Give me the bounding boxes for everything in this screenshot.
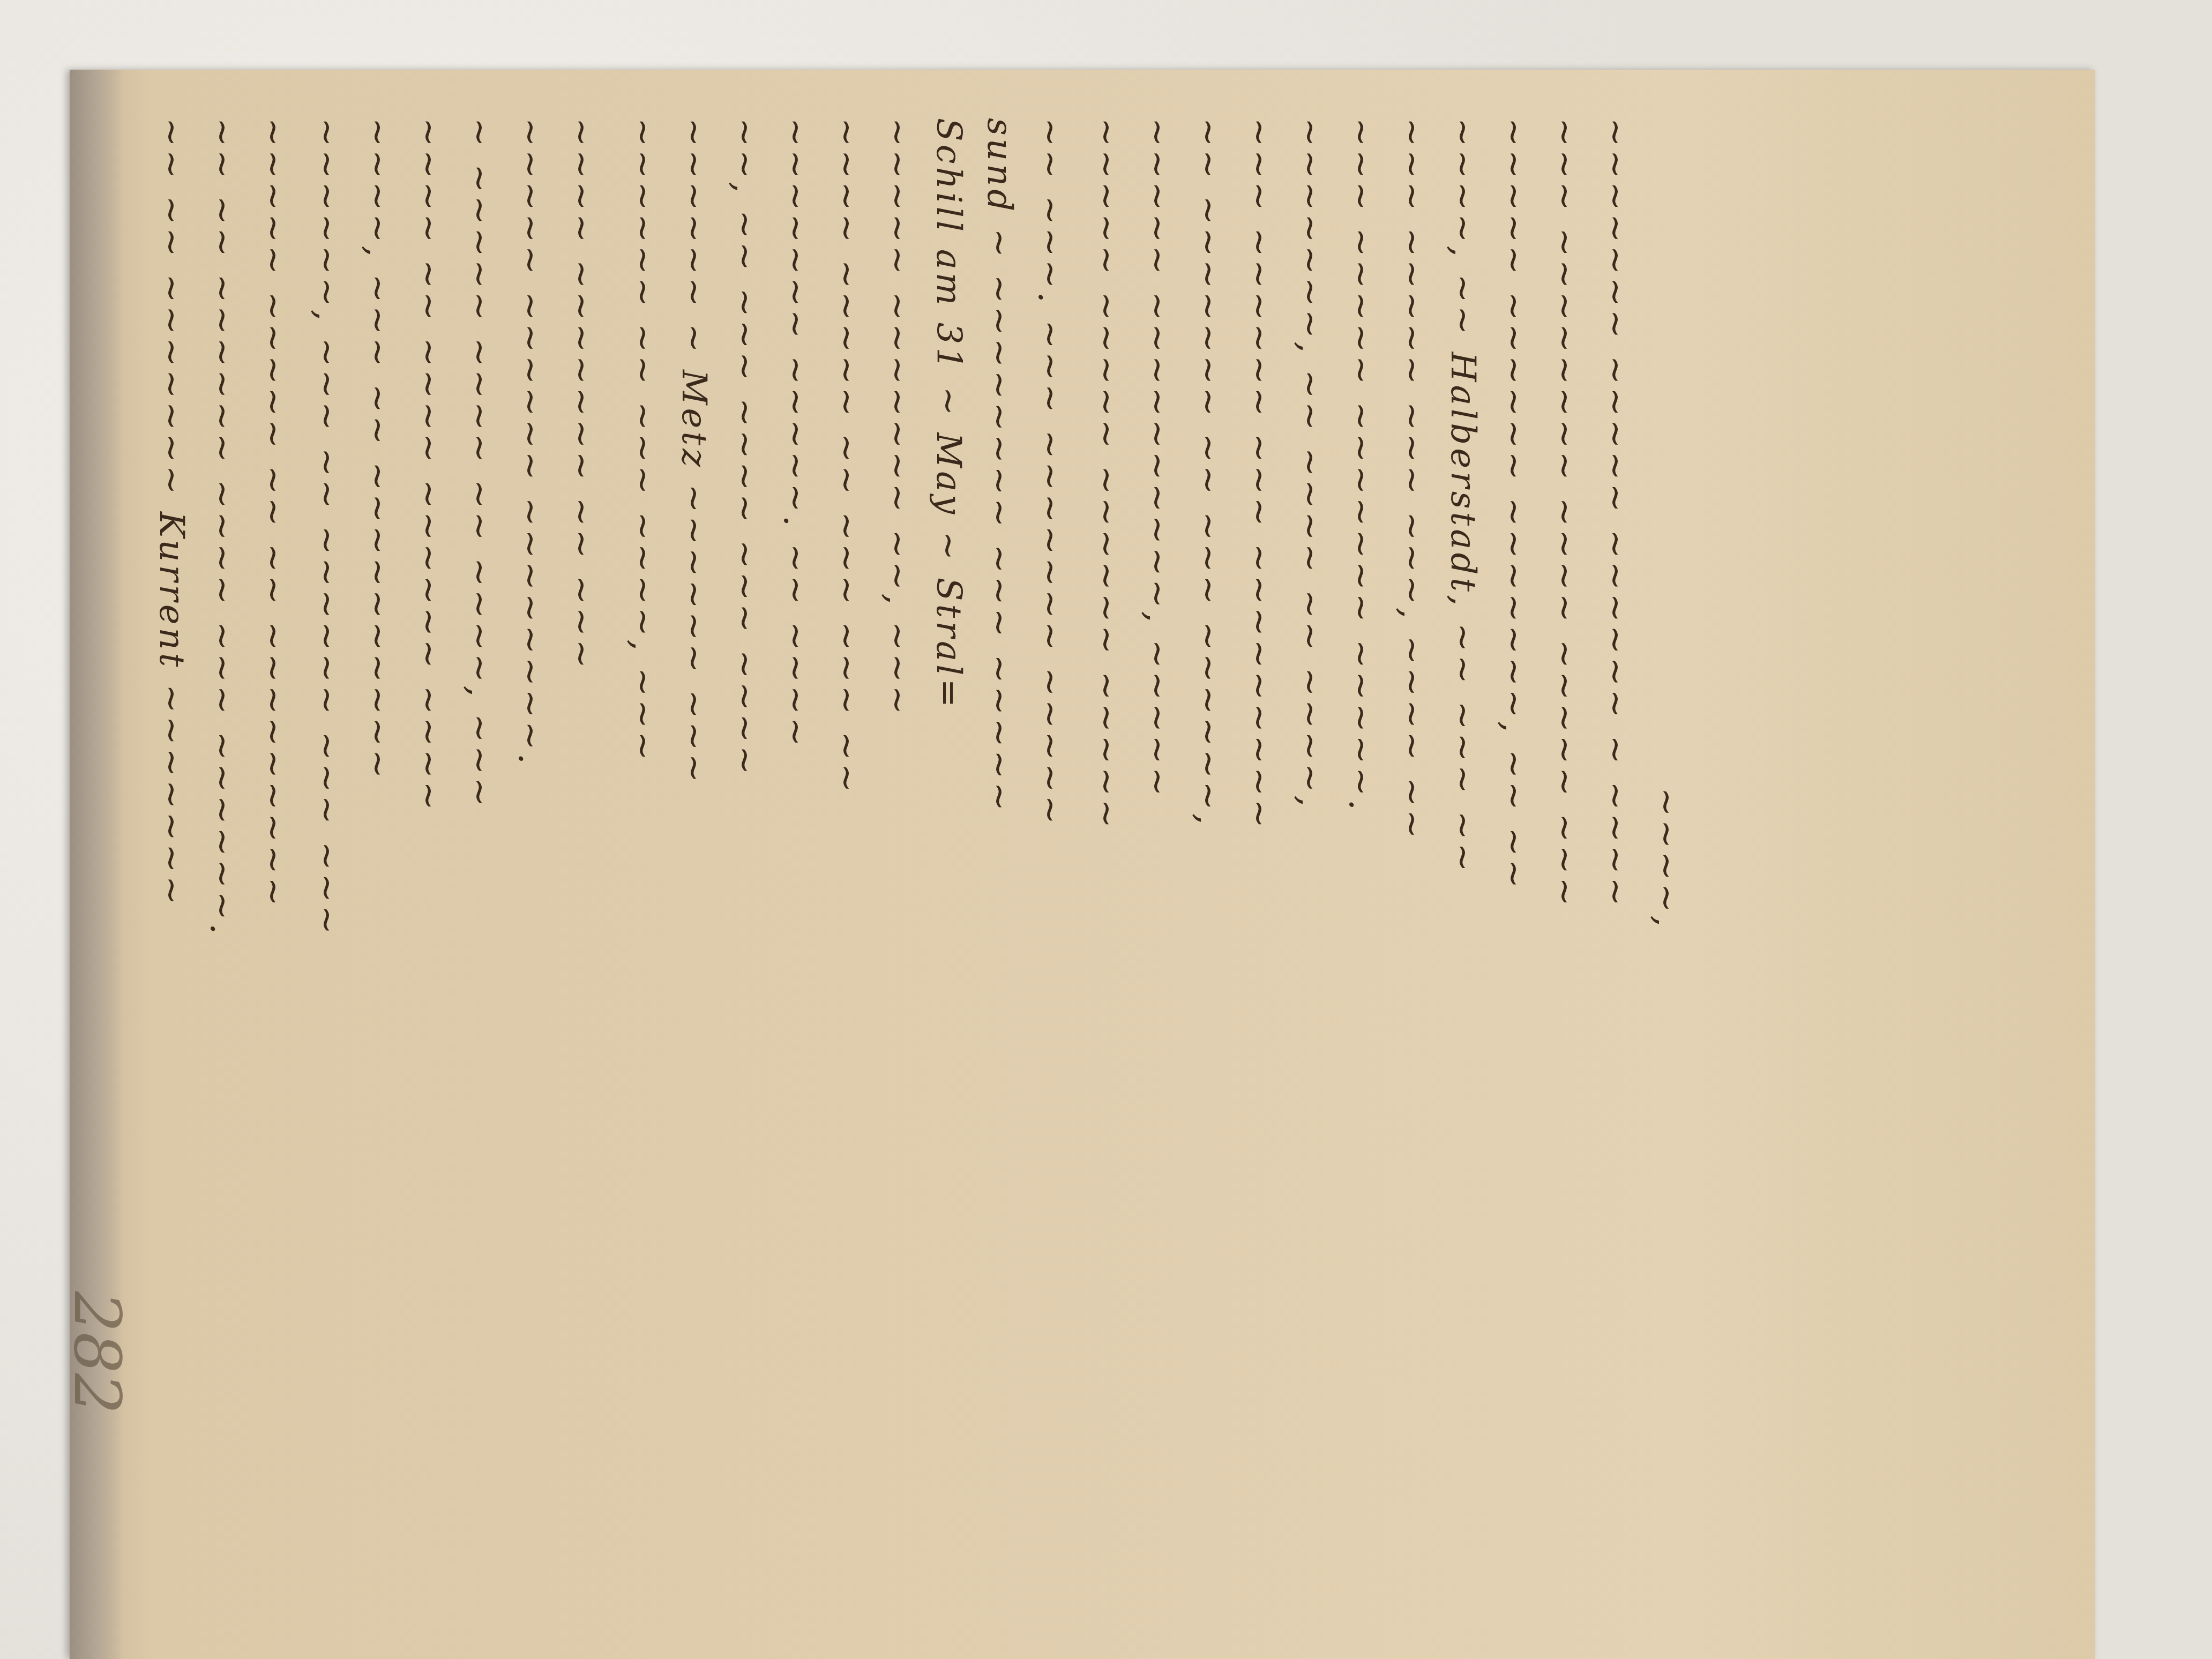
text-line: ~~~ ~~~~~~~~ ~~~~ ~~~~~ ~~~: [1543, 118, 1586, 948]
text-line: ~ ~~~~~ ~~~~ ~~ ~~~~, ~~~: [458, 118, 501, 948]
text-line-content: ~~~~,: [1645, 788, 1688, 930]
text-line-content: ~~ ~~ ~~~~~~~ Kurrent ~~~~~~~: [150, 118, 193, 908]
text-line: Schill am 31 ~ May ~ Stral=: [927, 118, 970, 948]
text-line: sund ~ ~~~~~~~~ ~~~ ~~~~~: [978, 118, 1021, 948]
text-line-content: ~~~~~~ ~ Metz ~~~~~~ ~~~: [672, 118, 715, 786]
text-line: ~~~~~~, ~~~ ~~ ~~~~~~ ~~~ ~~~: [305, 118, 348, 948]
text-line-content: ~~~ ~~~~~~ ~~~ ~~~~~~~~~: [1238, 118, 1281, 831]
text-line-content: sund ~ ~~~~~~~~ ~~~ ~~~~~: [978, 118, 1021, 814]
text-line-content: ~~~~ ~~ ~~~~ ~~~~~~ ~~~~: [407, 118, 450, 813]
text-line-content: ~~ ~~~. ~~~ ~~~~~~~ ~~~~~: [1029, 118, 1072, 827]
text-line-content: ~~~ ~~~~~ ~~~~~~~ ~~~~~.: [1340, 118, 1382, 813]
text-line-content: ~~ ~~~~~~~ ~~ ~~~ ~~~~~~,: [1187, 118, 1230, 827]
text-line: ~~~~~ ~~~~~~~~~~, ~~~~~: [1136, 118, 1179, 948]
text-line: ~~~~, ~~~ ~~ ~~~~~~~~~~: [356, 118, 399, 948]
text-line-content: ~ ~~~~~ ~~~~ ~~ ~~~~, ~~~: [458, 118, 501, 810]
page-number: 282: [59, 1291, 134, 1414]
text-line-content: ~~~~~ ~~~~~~ ~~~~~~~, ~~ ~~: [1492, 118, 1535, 891]
text-line: ~~ ~~~~~~~ ~~ ~~~ ~~~~~~,: [1187, 118, 1230, 948]
page-binding-edge: [70, 70, 123, 1659]
text-line-content: ~~~~~ ~~~~~~~~~~, ~~~~~: [1136, 118, 1179, 799]
text-line: ~~ ~~ ~~~~~~ ~~~~ ~~~ ~~~~~~.: [201, 118, 244, 948]
text-line-content: ~~~~ ~~~~~ ~~ ~~~ ~~~ ~~: [825, 118, 868, 796]
text-line: ~~~~~ ~~~~~ ~~~~~~ ~~~~~: [1085, 118, 1128, 948]
text-line-content: ~~ ~~ ~~~~~~ ~~~~ ~~~ ~~~~~~.: [201, 118, 244, 937]
text-line-content: ~~~~, ~~~ ~~ ~~~~~~~~~~: [356, 118, 399, 781]
text-line: ~~~ ~~~~~~ ~~~ ~~~~~~~~~: [1238, 118, 1281, 948]
text-line: ~~~~~~ ~~ ~~~ ~~~~, ~~~: [622, 118, 664, 948]
text-line: ~~~~~ ~~~~~~ ~~~~~~~~.: [509, 118, 552, 948]
text-line: ~~~ ~~~~~ ~~~~~~~ ~~~~~.: [1340, 118, 1382, 948]
text-line-content: ~~~~~~~ ~~~~~. ~~ ~~~~: [774, 118, 817, 750]
text-line: ~~~~,: [1645, 788, 1688, 1618]
text-line: ~~ ~~~. ~~~ ~~~~~~~ ~~~~~: [1029, 118, 1072, 948]
text-line: ~~~~, ~~ Halberstadt, ~~ ~~~ ~~: [1441, 118, 1484, 948]
text-line-content: ~~~ ~~~~~~~~ ~~~~ ~~~~~ ~~~: [1543, 118, 1586, 909]
handwritten-text-block: ~~ ~~ ~~~~~~~ Kurrent ~~~~~~~~~ ~~ ~~~~~…: [150, 118, 2026, 975]
text-line: ~~~~ ~~ ~~~~ ~~~~~~ ~~~~: [407, 118, 450, 948]
text-line: ~~~~~ ~~~~~~ ~~~~~~~, ~~ ~~: [1492, 118, 1535, 948]
text-line: ~~~~~ ~~~~~ ~~ ~~ ~~~~~~~~~: [252, 118, 295, 948]
text-line: ~~~~ ~~~~~ ~~ ~~~ ~~~ ~~: [825, 118, 868, 948]
text-line: ~~ ~~ ~~~~~~~ Kurrent ~~~~~~~: [150, 118, 193, 948]
text-line-content: ~~~~~~~, ~~ ~~~~ ~~ ~~~~,: [1289, 118, 1332, 810]
text-line: ~~~~~~ ~ Metz ~~~~~~ ~~~: [672, 118, 715, 948]
text-line: ~~~~~ ~~~~~~~ ~~, ~~~: [876, 118, 919, 948]
text-line: ~~~~ ~~~~~~~ ~~ ~~~: [560, 118, 603, 948]
text-line-content: ~~~~~~ ~~ ~~~ ~~~~, ~~~: [622, 118, 664, 764]
text-line-content: ~~, ~~ ~~~ ~~~~ ~~~ ~~~~: [723, 118, 766, 778]
text-line: ~~~~~~~ ~~~~~. ~~ ~~~~: [774, 118, 817, 948]
text-line: ~~~~~~~ ~~~~~ ~~~~~~ ~ ~~~~: [1594, 118, 1637, 948]
text-line: ~~, ~~ ~~~ ~~~~ ~~~ ~~~~: [723, 118, 766, 948]
text-line: ~~~~~~~, ~~ ~~~~ ~~ ~~~~,: [1289, 118, 1332, 948]
text-line-content: ~~~~~ ~~~~~ ~~~~~~ ~~~~~: [1085, 118, 1128, 831]
text-line-content: ~~~~ ~~~~~~~ ~~ ~~~: [560, 118, 603, 671]
text-line-content: ~~~~~ ~~~~~~~ ~~, ~~~: [876, 118, 919, 718]
text-line-content: ~~~~, ~~ Halberstadt, ~~ ~~~ ~~: [1441, 118, 1484, 875]
text-line: ~~~ ~~~~~ ~~~ ~~~, ~~~~ ~~: [1391, 118, 1433, 948]
text-line-content: Schill am 31 ~ May ~ Stral=: [927, 118, 970, 711]
text-line-content: ~~~ ~~~~~ ~~~ ~~~, ~~~~ ~~: [1391, 118, 1433, 842]
manuscript-page: 282 ~~ ~~ ~~~~~~~ Kurrent ~~~~~~~~~ ~~ ~…: [70, 70, 2095, 1659]
text-line-content: ~~~~~~~ ~~~~~ ~~~~~~ ~ ~~~~: [1594, 118, 1637, 909]
text-line-content: ~~~~~ ~~~~~~ ~~~~~~~~.: [509, 118, 552, 767]
text-line-content: ~~~~~ ~~~~~ ~~ ~~ ~~~~~~~~~: [252, 118, 295, 909]
text-line-content: ~~~~~~, ~~~ ~~ ~~~~~~ ~~~ ~~~: [305, 118, 348, 937]
